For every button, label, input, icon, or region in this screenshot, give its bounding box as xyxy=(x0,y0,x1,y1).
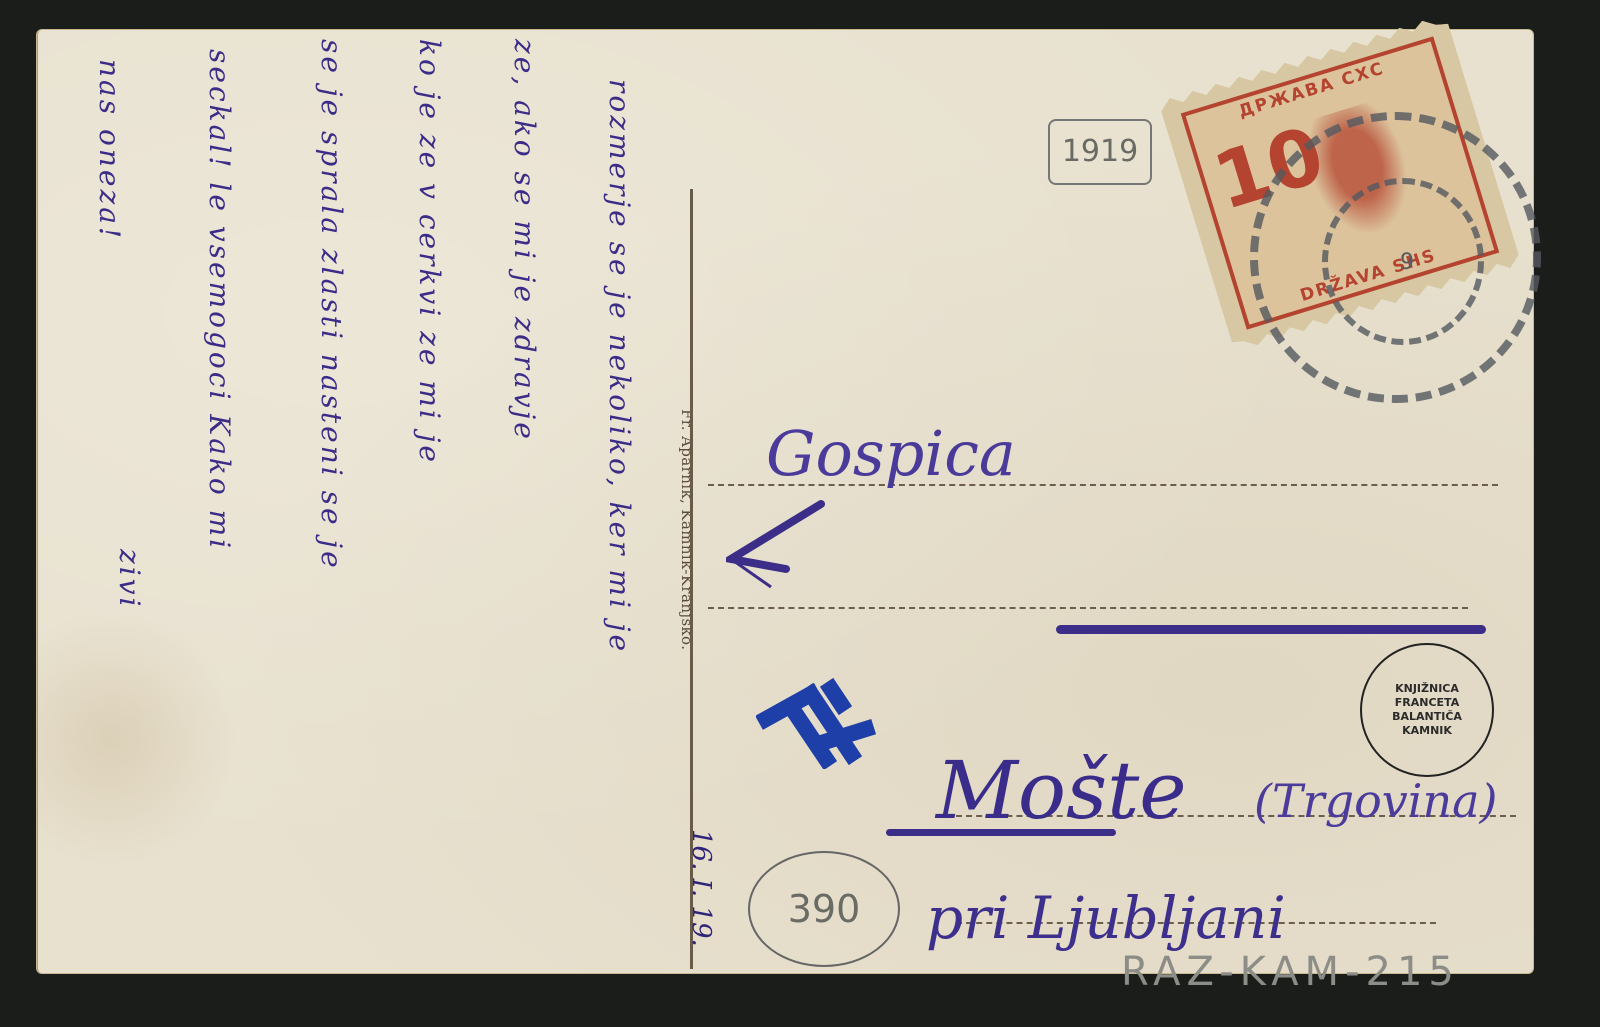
library-stamp-line: BALANTIČA xyxy=(1392,710,1462,724)
address-note: (Trgovina) xyxy=(1254,774,1497,828)
message-line: se je sprala zlasti nasteni se je xyxy=(315,39,348,571)
library-stamp-line: KNJIŽNICA xyxy=(1395,682,1459,696)
library-stamp-line: KAMNIK xyxy=(1402,724,1452,738)
message-line: seckal! le vsemogoci Kako mi xyxy=(203,49,236,551)
ink-underline xyxy=(886,829,1116,836)
archival-number: 390 xyxy=(748,851,900,967)
publisher-imprint: Fr. Aparnik, Kamnik-Kranjsko. xyxy=(678,409,696,650)
arrow-mark-icon xyxy=(726,499,826,589)
message-line: ko je ze v cerkvi ze mi je xyxy=(413,39,446,465)
handwritten-date: 16. I. 19. xyxy=(686,829,716,947)
address-line xyxy=(708,607,1468,609)
message-signoff: zivi xyxy=(113,549,146,609)
address-city: pri Ljubljani xyxy=(926,884,1286,952)
library-stamp-line: FRANCETA xyxy=(1395,696,1459,710)
message-line: ze, ako se mi je zdravje xyxy=(508,39,541,442)
address-recipient: Gospica xyxy=(766,417,1016,490)
postmark-digit: 9 xyxy=(1400,250,1414,275)
blue-crayon-mark-icon xyxy=(756,669,886,769)
archival-year-note: 1919 xyxy=(1048,119,1152,185)
message-line: nas oneza! xyxy=(93,59,126,241)
library-stamp: KNJIŽNICA FRANCETA BALANTIČA KAMNIK xyxy=(1360,643,1494,777)
ink-strike-line xyxy=(1056,625,1486,634)
address-town: Mošte xyxy=(936,744,1187,837)
shelfmark: RAZ-KAM-215 xyxy=(1121,949,1460,995)
message-line: rozmerje se je nekoliko, ker mi je xyxy=(603,79,636,654)
